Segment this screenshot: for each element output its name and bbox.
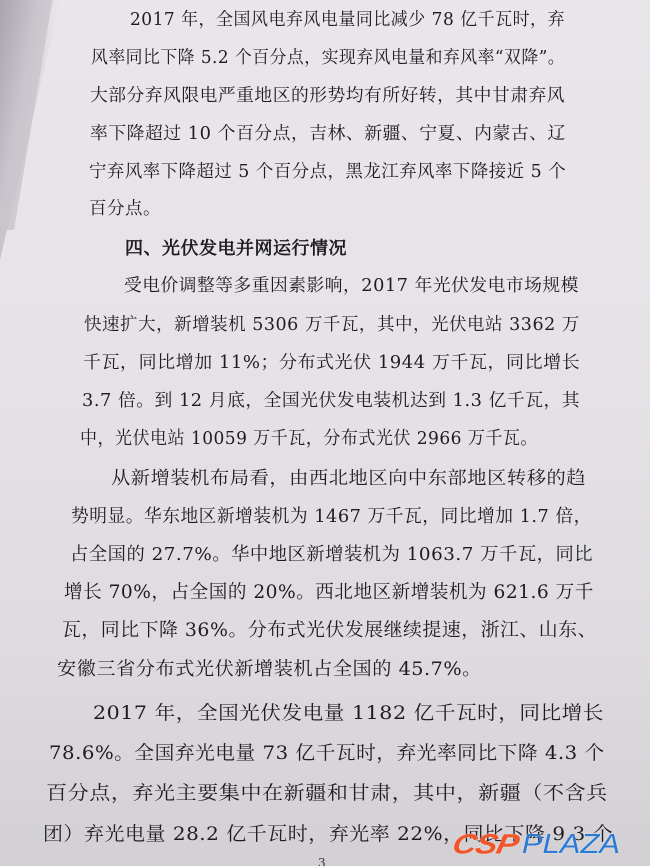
text-line: 2017 年，全国风电弃风电量同比减少 78 亿千瓦时，弃 [130, 8, 565, 33]
text-line: 势明显。华东地区新增装机为 1467 万千瓦，同比增加 1.7 倍， [71, 504, 592, 529]
page-number: 3 [318, 856, 326, 866]
text-line: 瓦，同比下降 36%。分布式光伏发展继续提速，浙江、山东、 [62, 618, 597, 644]
text-line: 2017 年，全国光伏发电量 1182 亿千瓦时，同比增长 [93, 700, 604, 727]
text-line: 宁弃风率下降超过 5 个百分点，黑龙江弃风率下降接近 5 个 [89, 160, 566, 185]
watermark-plaza-text: PLAZA [522, 828, 620, 860]
section-heading: 四、光伏发电并网运行情况 [125, 237, 347, 262]
document-page: 2017 年，全国风电弃风电量同比减少 78 亿千瓦时，弃风率同比下降 5.2 … [0, 0, 650, 866]
csp-plaza-watermark: CSP PLAZA [453, 827, 620, 861]
text-line: 增长 70%，占全国的 20%。西北地区新增装机为 621.6 万千 [64, 580, 594, 606]
text-line: 从新增装机布局看，由西北地区向中东部地区转移的趋 [111, 466, 586, 491]
text-line: 中，光伏电站 10059 万千瓦，分布式光伏 2966 万千瓦。 [80, 426, 538, 451]
text-line: 百分点。 [89, 197, 161, 222]
watermark-csp-text: CSP [450, 828, 522, 860]
text-line: 快速扩大，新增装机 5306 万千瓦，其中，光伏电站 3362 万 [84, 313, 580, 338]
text-line: 受电价调整等多重因素影响，2017 年光伏发电市场规模 [124, 274, 579, 299]
text-line: 率下降超过 10 个百分点，吉林、新疆、宁夏、内蒙古、辽 [90, 122, 566, 147]
text-line: 百分点，弃光主要集中在新疆和甘肃，其中，新疆（不含兵 [46, 780, 608, 807]
text-line: 千瓦，同比增加 11%；分布式光伏 1944 万千瓦，同比增长 [83, 351, 580, 376]
text-line: 78.6%。全国弃光电量 73 亿千瓦时，弃光率同比下降 4.3 个 [49, 740, 605, 767]
text-line: 占全国的 27.7%。华中地区新增装机为 1063.7 万千瓦，同比 [70, 542, 593, 567]
text-line: 风率同比下降 5.2 个百分点，实现弃风电量和弃风率“双降”。 [91, 46, 565, 71]
text-line: 3.7 倍。到 12 月底，全国光伏发电装机达到 1.3 亿千瓦，其 [82, 389, 580, 414]
text-line: 大部分弃风限电严重地区的形势均有所好转，其中甘肃弃风 [90, 84, 565, 109]
text-line: 安徽三省分布式光伏新增装机占全国的 45.7%。 [57, 657, 482, 683]
